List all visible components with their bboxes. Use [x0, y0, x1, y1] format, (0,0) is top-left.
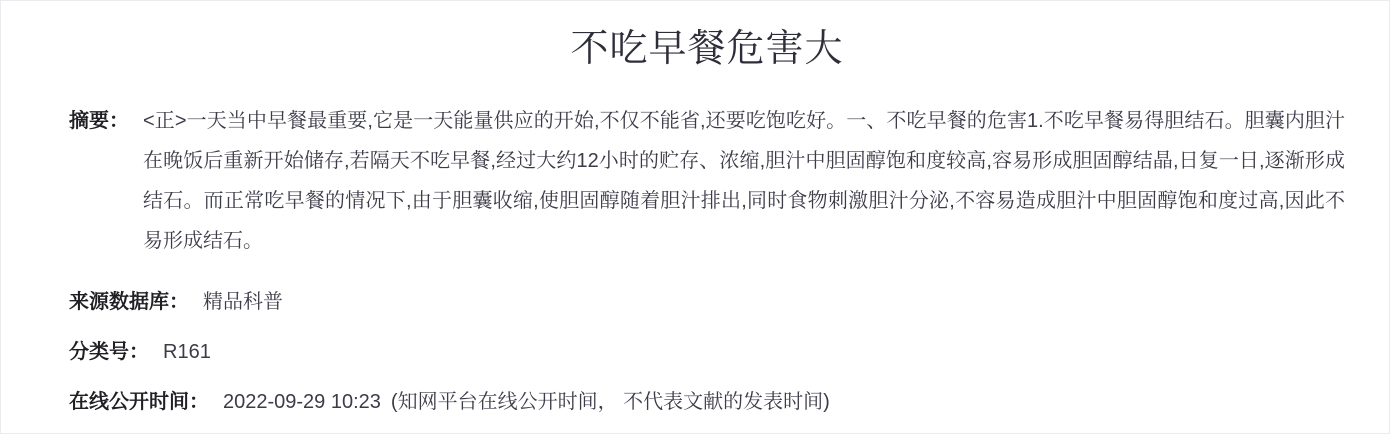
online-publish-time-label: 在线公开时间： — [69, 389, 209, 415]
article-detail-page: 不吃早餐危害大 摘要： <正>一天当中早餐最重要,它是一天能量供应的开始,不仅不… — [0, 0, 1390, 434]
abstract-text: <正>一天当中早餐最重要,它是一天能量供应的开始,不仅不能省,还要吃饱吃好。一、… — [143, 101, 1345, 261]
source-database-row: 来源数据库： 精品科普 — [69, 289, 1345, 315]
source-database-label: 来源数据库： — [69, 289, 189, 315]
classification-row: 分类号： R161 — [69, 339, 1345, 365]
abstract-label: 摘要： — [69, 101, 129, 141]
online-publish-time-row: 在线公开时间： 2022-09-29 10:23 (知网平台在线公开时间， 不代… — [69, 389, 1345, 415]
classification-value: R161 — [163, 339, 211, 365]
classification-label: 分类号： — [69, 339, 149, 365]
online-publish-time-value: 2022-09-29 10:23 — [223, 389, 381, 415]
source-database-value: 精品科普 — [203, 289, 283, 315]
article-title: 不吃早餐危害大 — [69, 25, 1345, 73]
abstract-section: 摘要： <正>一天当中早餐最重要,它是一天能量供应的开始,不仅不能省,还要吃饱吃… — [69, 101, 1345, 261]
online-publish-time-note: (知网平台在线公开时间， 不代表文献的发表时间) — [391, 389, 830, 415]
